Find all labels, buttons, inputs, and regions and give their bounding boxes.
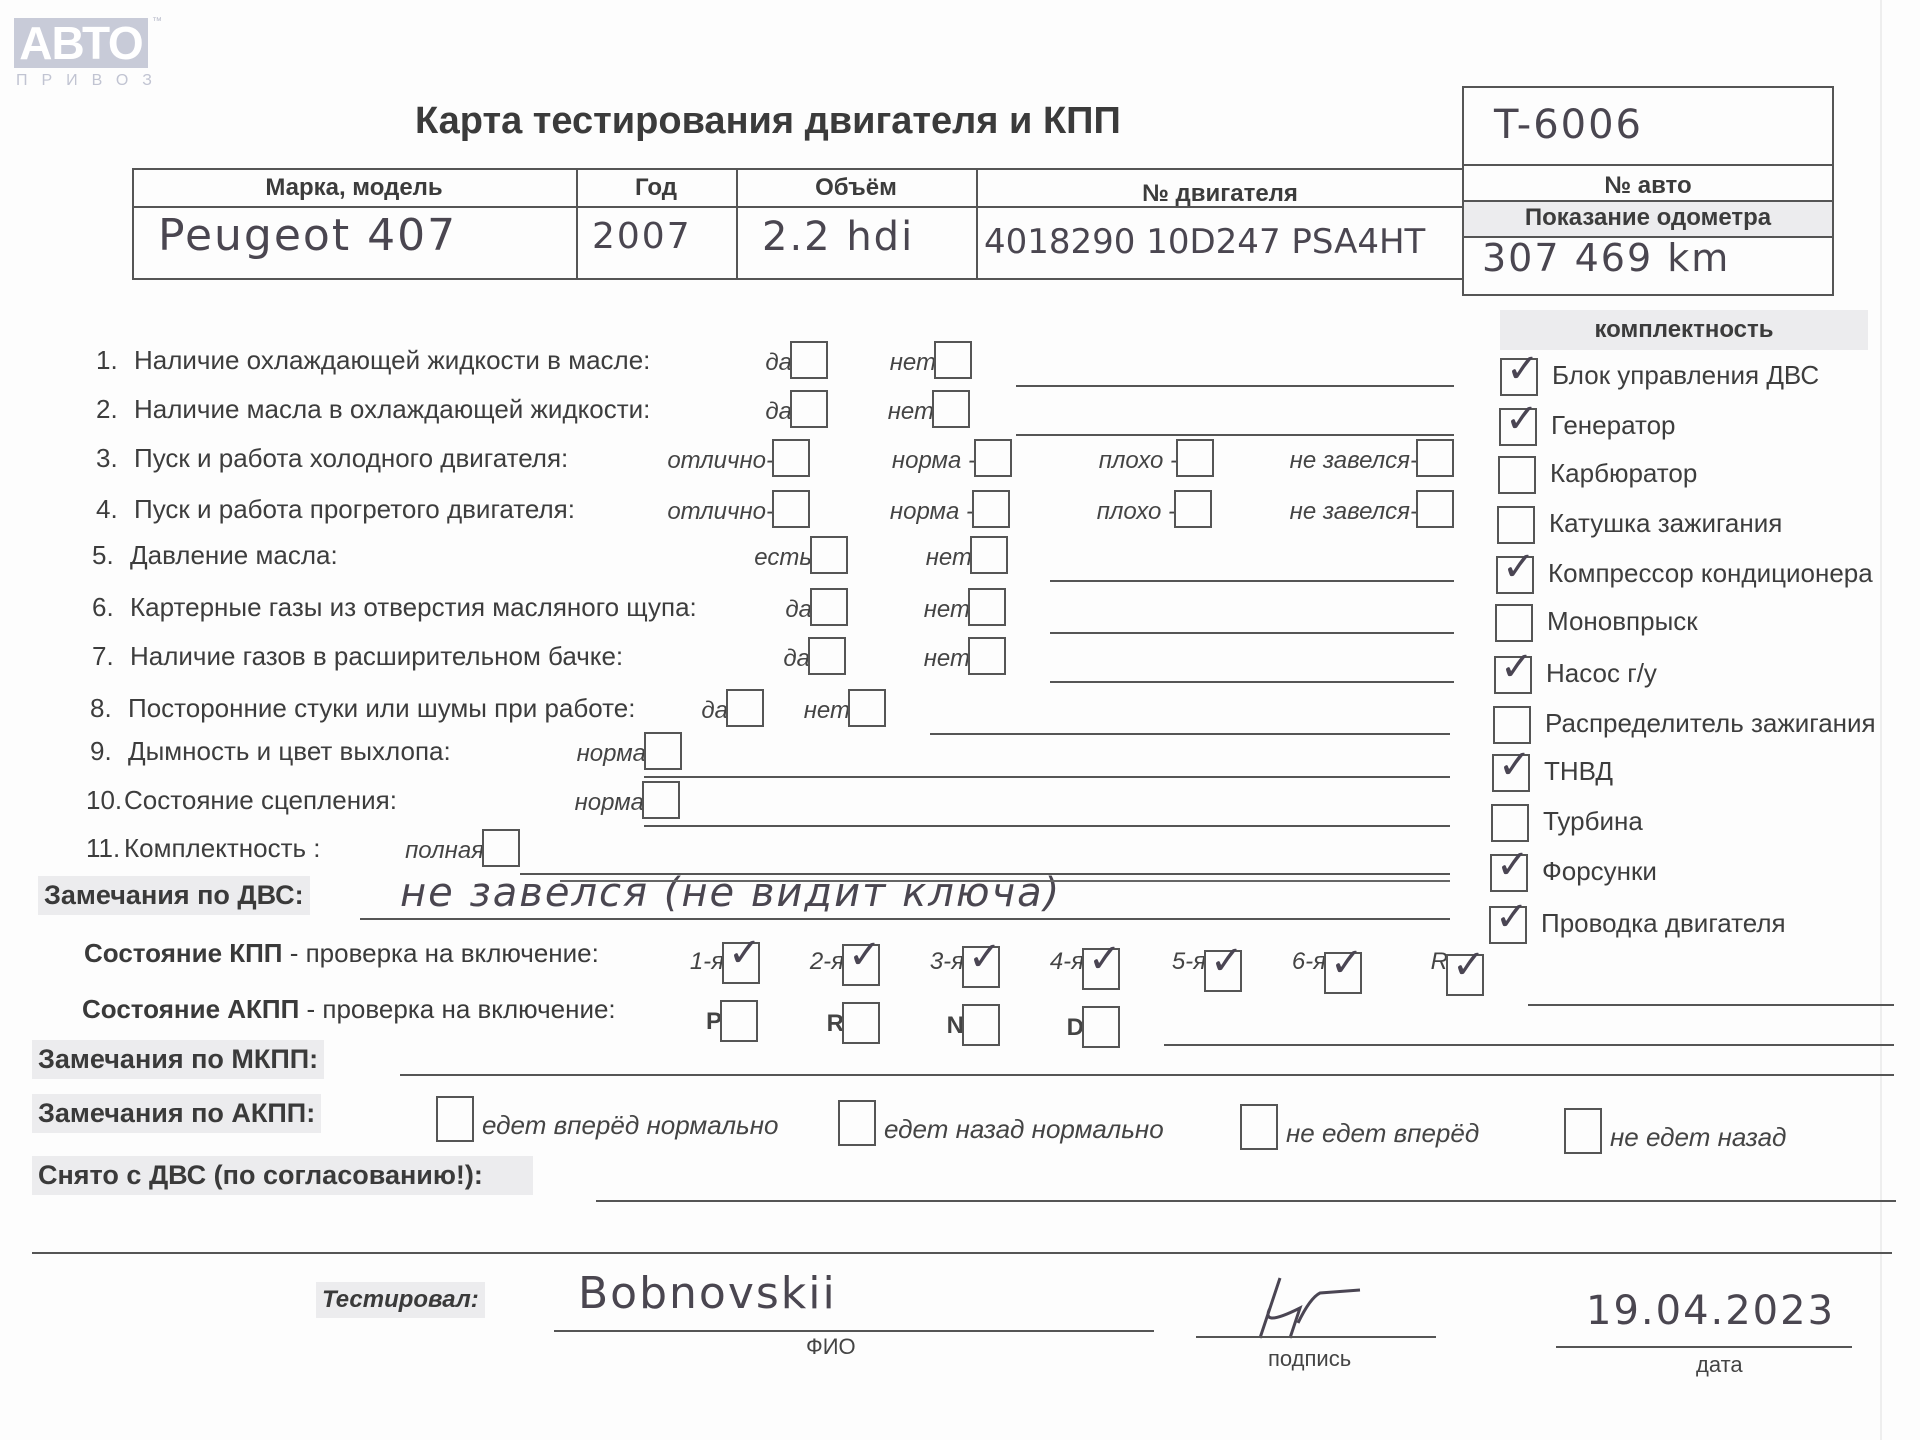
manual-remarks-field[interactable] bbox=[400, 1074, 1894, 1076]
kit-header: комплектность bbox=[1500, 310, 1868, 350]
logo-brand: АВТО bbox=[14, 18, 148, 68]
option-checkbox[interactable] bbox=[970, 536, 1008, 574]
auto-remark-label: не едет назад bbox=[1610, 1122, 1786, 1153]
kit-checkbox[interactable] bbox=[1499, 408, 1537, 446]
option-label: плохо - bbox=[1097, 498, 1176, 526]
gear-label: 6-я bbox=[1292, 948, 1326, 976]
option-checkbox[interactable] bbox=[772, 439, 810, 477]
auto-remark-label: не едет вперёд bbox=[1286, 1118, 1479, 1149]
volume-value[interactable]: 2.2 hdi bbox=[762, 214, 914, 260]
kit-label: Компрессор кондиционера bbox=[1548, 558, 1873, 589]
note-line[interactable] bbox=[1050, 580, 1454, 582]
date-caption: дата bbox=[1696, 1352, 1743, 1378]
option-checkbox[interactable] bbox=[932, 390, 970, 428]
engine-number-value[interactable]: 4018290 10D247 PSA4HT bbox=[984, 222, 1425, 262]
model-value[interactable]: Peugeot 407 bbox=[158, 210, 457, 261]
kit-checkbox[interactable] bbox=[1494, 656, 1532, 694]
auto-remark-checkbox[interactable] bbox=[1564, 1108, 1602, 1154]
question-text: Пуск и работа прогретого двигателя: bbox=[134, 494, 575, 525]
question-text: Картерные газы из отверстия масляного щу… bbox=[130, 592, 697, 623]
option-checkbox[interactable] bbox=[934, 341, 972, 379]
signature bbox=[1240, 1268, 1400, 1358]
option-checkbox[interactable] bbox=[644, 732, 682, 770]
scan-edge bbox=[1880, 0, 1882, 1440]
auto-remark-checkbox[interactable] bbox=[436, 1096, 474, 1142]
question-number: 2. bbox=[96, 394, 118, 425]
option-label: не завелся- bbox=[1290, 498, 1418, 526]
question-text: Давление масла: bbox=[130, 540, 338, 571]
option-label: есть bbox=[754, 544, 812, 572]
question-number: 9. bbox=[90, 736, 112, 767]
kit-label: Насос г/у bbox=[1546, 658, 1657, 689]
option-label: не завелся- bbox=[1290, 447, 1418, 475]
note-line[interactable] bbox=[1016, 385, 1454, 387]
note-line[interactable] bbox=[1050, 681, 1454, 683]
auto-remark-checkbox[interactable] bbox=[838, 1100, 876, 1146]
question-text: Наличие охлаждающей жидкости в масле: bbox=[134, 345, 650, 376]
kit-label: Карбюратор bbox=[1550, 458, 1697, 489]
gear-checkbox[interactable] bbox=[1324, 952, 1362, 994]
option-label: плохо - bbox=[1099, 447, 1178, 475]
note-line[interactable] bbox=[644, 825, 1450, 827]
engine-remarks-label: Замечания по ДВС: bbox=[38, 876, 310, 915]
name-caption: ФИО bbox=[806, 1334, 856, 1360]
signature-caption: подпись bbox=[1268, 1346, 1351, 1372]
position-checkbox[interactable] bbox=[962, 1004, 1000, 1046]
year-value[interactable]: 2007 bbox=[592, 216, 692, 257]
vehicle-info-table: Марка, модель Peugeot 407 Год 2007 Объём… bbox=[132, 168, 1464, 280]
question-number: 4. bbox=[96, 494, 118, 525]
question-text: Посторонние стуки или шумы при работе: bbox=[128, 693, 635, 724]
question-number: 11. bbox=[86, 833, 120, 864]
logo-tm: ™ bbox=[152, 16, 162, 27]
auto-gearbox-label: Состояние АКПП - проверка на включение: bbox=[82, 994, 616, 1025]
gear-label: 4-я bbox=[1050, 948, 1084, 976]
auto-remark-label: едет назад нормально bbox=[884, 1114, 1164, 1145]
question-text: Пуск и работа холодного двигателя: bbox=[134, 443, 568, 474]
option-checkbox[interactable] bbox=[810, 536, 848, 574]
kit-checkbox[interactable] bbox=[1497, 506, 1535, 544]
option-label: да bbox=[785, 596, 812, 624]
option-checkbox[interactable] bbox=[972, 490, 1010, 528]
option-label: да bbox=[701, 697, 728, 725]
option-label: отлично- bbox=[667, 498, 774, 526]
manual-gearbox-label: Состояние КПП - проверка на включение: bbox=[84, 938, 599, 969]
col-year: Год 2007 bbox=[578, 170, 738, 278]
gear-checkbox[interactable] bbox=[722, 942, 760, 984]
logo: АВТО ™ ПРИВОЗ bbox=[14, 18, 166, 90]
option-checkbox[interactable] bbox=[1416, 490, 1454, 528]
option-checkbox[interactable] bbox=[1416, 439, 1454, 477]
option-label: да bbox=[765, 398, 792, 426]
kit-label: Форсунки bbox=[1542, 856, 1657, 887]
auto-remark-label: едет вперёд нормально bbox=[482, 1110, 778, 1141]
position-checkbox[interactable] bbox=[842, 1002, 880, 1044]
car-number-value[interactable]: T-6006 bbox=[1494, 102, 1643, 148]
position-checkbox[interactable] bbox=[720, 1000, 758, 1042]
option-label: норма - bbox=[892, 447, 976, 475]
option-checkbox[interactable] bbox=[790, 341, 828, 379]
option-label: нет bbox=[924, 596, 970, 624]
option-checkbox[interactable] bbox=[848, 689, 886, 727]
note-line[interactable] bbox=[644, 776, 1450, 778]
question-number: 6. bbox=[92, 592, 114, 623]
kit-label: ТНВД bbox=[1544, 756, 1613, 787]
car-number-box: T-6006 № авто Показание одометра 307 469… bbox=[1462, 86, 1834, 296]
kit-checkbox[interactable] bbox=[1496, 556, 1534, 594]
option-label: нет bbox=[926, 544, 972, 572]
test-date[interactable]: 19.04.2023 bbox=[1586, 1288, 1835, 1334]
option-label: отлично- bbox=[667, 447, 774, 475]
gear-checkbox[interactable] bbox=[1082, 948, 1120, 990]
option-label: норма bbox=[575, 789, 644, 817]
question-text: Наличие масла в охлаждающей жидкости: bbox=[134, 394, 650, 425]
kit-checkbox[interactable] bbox=[1490, 854, 1528, 892]
odometer-label: Показание одометра bbox=[1464, 204, 1832, 232]
col-model: Марка, модель Peugeot 407 bbox=[134, 170, 578, 278]
gear-label: 3-я bbox=[930, 948, 964, 976]
kit-label: Проводка двигателя bbox=[1541, 908, 1786, 939]
option-checkbox[interactable] bbox=[968, 588, 1006, 626]
option-label: норма bbox=[577, 740, 646, 768]
note-line[interactable] bbox=[930, 733, 1450, 735]
option-checkbox[interactable] bbox=[482, 829, 520, 867]
option-label: нет bbox=[804, 697, 850, 725]
option-checkbox[interactable] bbox=[974, 439, 1012, 477]
kit-label: Блок управления ДВС bbox=[1552, 360, 1819, 391]
option-label: норма - bbox=[890, 498, 974, 526]
engine-remarks-value[interactable]: не завелся (не видит ключа) bbox=[400, 870, 1061, 916]
option-checkbox[interactable] bbox=[1174, 490, 1212, 528]
option-checkbox[interactable] bbox=[810, 588, 848, 626]
kit-checkbox[interactable] bbox=[1498, 456, 1536, 494]
question-text: Дымность и цвет выхлопа: bbox=[128, 736, 451, 767]
auto-remarks-label: Замечания по АКПП: bbox=[32, 1094, 321, 1133]
option-checkbox[interactable] bbox=[642, 781, 680, 819]
kit-checkbox[interactable] bbox=[1493, 706, 1531, 744]
gear-label: 1-я bbox=[690, 948, 724, 976]
kit-label: Распределитель зажигания bbox=[1545, 708, 1876, 739]
question-number: 10. bbox=[86, 785, 122, 816]
kit-checkbox[interactable] bbox=[1495, 604, 1533, 642]
tested-by-label: Тестировал: bbox=[316, 1282, 485, 1318]
question-number: 8. bbox=[90, 693, 112, 724]
option-label: полная bbox=[405, 837, 484, 865]
note-line[interactable] bbox=[1050, 632, 1454, 634]
col-volume: Объём 2.2 hdi bbox=[738, 170, 978, 278]
option-label: да bbox=[765, 349, 792, 377]
note-line[interactable] bbox=[1016, 434, 1454, 436]
option-label: нет bbox=[890, 349, 936, 377]
kit-checkbox[interactable] bbox=[1491, 804, 1529, 842]
option-checkbox[interactable] bbox=[968, 637, 1006, 675]
tester-name[interactable]: Bobnovskii bbox=[578, 1268, 837, 1319]
car-number-label: № авто bbox=[1464, 172, 1832, 200]
question-text: Комплектность : bbox=[124, 833, 321, 864]
option-label: нет bbox=[924, 645, 970, 673]
option-checkbox[interactable] bbox=[808, 637, 846, 675]
option-label: нет bbox=[888, 398, 934, 426]
removed-label: Снято с ДВС (по согласованию!): bbox=[32, 1156, 533, 1195]
option-checkbox[interactable] bbox=[772, 490, 810, 528]
option-checkbox[interactable] bbox=[726, 689, 764, 727]
question-text: Наличие газов в расширительном бачке: bbox=[130, 641, 623, 672]
position-checkbox[interactable] bbox=[1082, 1006, 1120, 1048]
question-number: 1. bbox=[96, 345, 118, 376]
kit-checkbox[interactable] bbox=[1489, 906, 1527, 944]
gear-checkbox[interactable] bbox=[842, 944, 880, 986]
question-number: 5. bbox=[92, 540, 114, 571]
kit-label: Моновпрыск bbox=[1547, 606, 1698, 637]
gear-label: 5-я bbox=[1172, 948, 1206, 976]
option-checkbox[interactable] bbox=[790, 390, 828, 428]
kit-label: Генератор bbox=[1551, 410, 1676, 441]
page-title: Карта тестирования двигателя и КПП bbox=[415, 100, 1121, 143]
gear-checkbox[interactable] bbox=[1446, 954, 1484, 996]
removed-field[interactable] bbox=[596, 1200, 1896, 1202]
option-checkbox[interactable] bbox=[1176, 439, 1214, 477]
kit-label: Турбина bbox=[1543, 806, 1643, 837]
kit-title: комплектность bbox=[1500, 310, 1868, 350]
odometer-value[interactable]: 307 469 km bbox=[1482, 236, 1730, 280]
kit-checkbox[interactable] bbox=[1492, 754, 1530, 792]
manual-remarks-label: Замечания по МКПП: bbox=[32, 1040, 324, 1079]
question-text: Состояние сцепления: bbox=[124, 785, 397, 816]
gear-label: 2-я bbox=[810, 948, 844, 976]
question-number: 7. bbox=[92, 641, 114, 672]
auto-remark-checkbox[interactable] bbox=[1240, 1104, 1278, 1150]
option-label: да bbox=[783, 645, 810, 673]
col-engine-number: № двигателя 4018290 10D247 PSA4HT bbox=[978, 170, 1466, 278]
gear-checkbox[interactable] bbox=[962, 946, 1000, 988]
question-number: 3. bbox=[96, 443, 118, 474]
gear-checkbox[interactable] bbox=[1204, 950, 1242, 992]
kit-label: Катушка зажигания bbox=[1549, 508, 1782, 539]
logo-subtitle: ПРИВОЗ bbox=[14, 72, 166, 90]
kit-checkbox[interactable] bbox=[1500, 358, 1538, 396]
